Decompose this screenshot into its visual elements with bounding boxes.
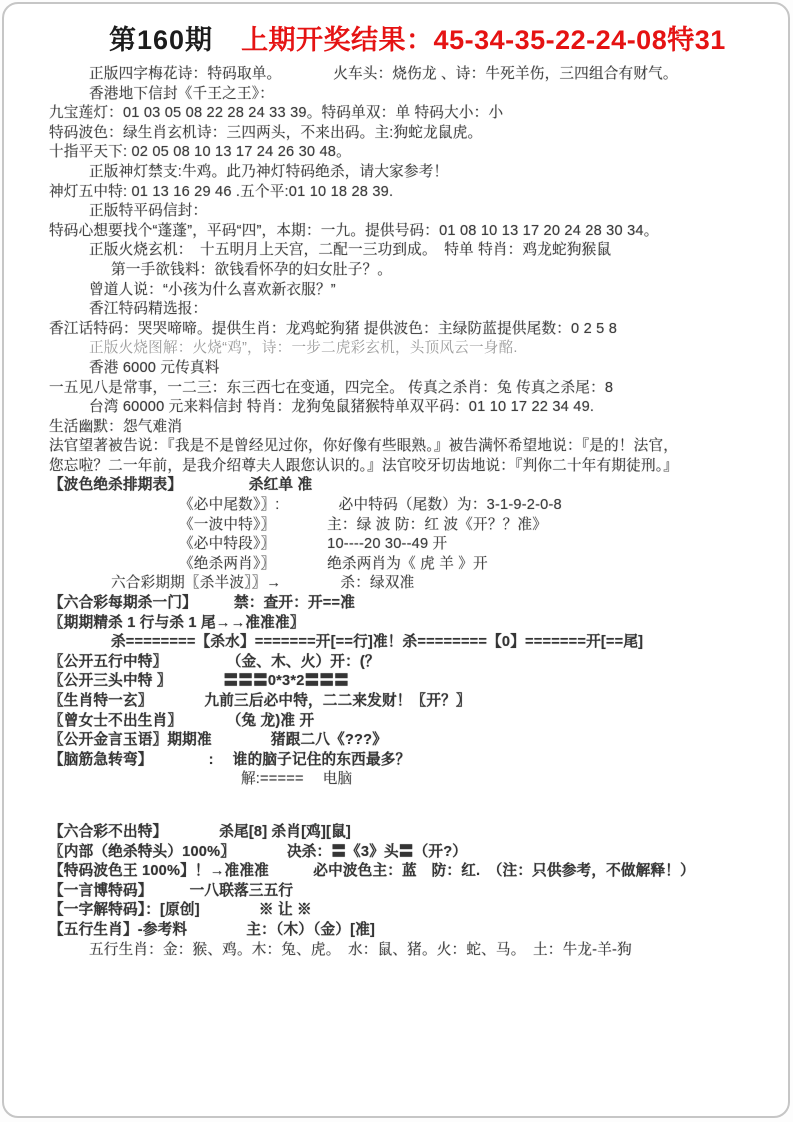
text-line: 【脑筋急转弯】 : 谁的脑子记住的东西最多？ xyxy=(49,751,750,771)
text-line: 【特码波色王 100%】！→准准准 必中波色主：蓝 防：红. （注：只供参考，不… xyxy=(49,862,750,882)
text-line: 正版火烧图解：火烧“鸡”，诗：一步二虎彩玄机，头顶风云一身酩. xyxy=(49,339,750,359)
text-line: 台湾 60000 元来料信封 特肖：龙狗兔鼠猪猴特单双平码：01 10 17 2… xyxy=(49,398,750,418)
text-line: 《一波中特》〗 主：绿 波 防：红 波《开？？准》 xyxy=(49,516,750,536)
text-line: 正版四字梅花诗：特码取单。 火车头：烧伤龙 、诗：牛死羊伤，三四组合有财气。 xyxy=(49,65,750,85)
text-line: 《必中尾数》〗: 必中特码（尾数）为：3-1-9-2-0-8 xyxy=(49,496,750,516)
text-line: 【六合彩不出特】 杀尾[8] 杀肖[鸡][鼠] xyxy=(49,823,750,843)
text-line: 生活幽默：怨气难消 xyxy=(49,418,750,438)
text-line: 十指平天下: 02 05 08 10 13 17 24 26 30 48。 xyxy=(49,143,750,163)
text-line: 曾道人说：“小孩为什么喜欢新衣服？” xyxy=(49,281,750,301)
text-line: 〖期期精杀 1 行与杀 1 尾→→准准准〗 xyxy=(49,614,750,634)
text-line: 香江特码精选报： xyxy=(49,300,750,320)
text-line: 香港地下信封《千王之王》： xyxy=(49,85,750,105)
page-header: 第160期上期开奖结果：45-34-35-22-24-08特31 xyxy=(49,16,750,57)
text-line: 〖生肖特一玄〗 九前三后必中特，二二来发财！〖开？〗 xyxy=(49,692,750,712)
text-line: 正版神灯禁支:牛鸡。此乃神灯特码绝杀，请大家参考！ xyxy=(49,163,750,183)
text-line: 《必中特段》〗 10----20 30--49 开 xyxy=(49,535,750,555)
text-line: 解:===== 电脑 xyxy=(49,770,750,790)
text-line: 【一字解特码】：[原创] ※ 让 ※ xyxy=(49,901,750,921)
text-line: 杀========【杀水】=======开[==行]准！杀========【0】… xyxy=(49,633,750,653)
text-line: 〖内部（绝杀特头）100%〗 决杀：〓《3》头〓（开?） xyxy=(49,843,750,863)
last-draw-result: 上期开奖结果：45-34-35-22-24-08特31 xyxy=(241,25,726,55)
text-line: 《绝杀两肖》〗 绝杀两肖为《 虎 羊 》开 xyxy=(49,555,750,575)
text-line: 【波色绝杀排期表】 杀红单 准 xyxy=(49,476,750,496)
text-line: 神灯五中特: 01 13 16 29 46 .五个平:01 10 18 28 3… xyxy=(49,183,750,203)
fax-page: 第160期上期开奖结果：45-34-35-22-24-08特31 正版四字梅花诗… xyxy=(2,2,790,1118)
issue-number: 第160期 xyxy=(109,25,213,55)
text-line: 特码波色：绿生肖玄机诗：三四两头，不来出码。主:狗蛇龙鼠虎。 xyxy=(49,124,750,144)
text-line: 香港 6000 元传真料 xyxy=(49,359,750,379)
text-line: 九宝莲灯：01 03 05 08 22 28 24 33 39。特码单双：单 特… xyxy=(49,104,750,124)
text-line: 法官望著被告说：『我是不是曾经见过你，你好像有些眼熟。』被告满怀希望地说：『是的… xyxy=(49,437,750,457)
text-line: 〖公开金言玉语〗期期准 猪跟二八《???》 xyxy=(49,731,750,751)
text-line: 【六合彩每期杀一门】 禁：查开：开==准 xyxy=(49,594,750,614)
text-line: 【五行生肖】-参考料 主：（木）（金）[准] xyxy=(49,921,750,941)
text-line: 第一手欲钱料：欲钱看怀孕的妇女肚子？。 xyxy=(49,261,750,281)
text-line: 您忘啦？二一年前，是我介绍尊夫人跟您认识的。』法官咬牙切齿地说：『判你二十年有期… xyxy=(49,457,750,477)
tip-sheet-body: 正版四字梅花诗：特码取单。 火车头：烧伤龙 、诗：牛死羊伤，三四组合有财气。香港… xyxy=(49,65,750,960)
text-line: 香江话特码：哭哭啼啼。提供生肖：龙鸡蛇狗猪 提供波色：主绿防蓝提供尾数：0 2 … xyxy=(49,320,750,340)
page-content: 第160期上期开奖结果：45-34-35-22-24-08特31 正版四字梅花诗… xyxy=(4,4,788,960)
spacer xyxy=(49,790,750,823)
text-line: 六合彩期期〖杀半波〗〗→ 杀：绿双准 xyxy=(49,574,750,594)
text-line: 〖曾女士不出生肖〗 （兔 龙)准 开 xyxy=(49,712,750,732)
text-line: 特码心想要找个“蓬蓬”，平码“四”，本期：一九。提供号码：01 08 10 13… xyxy=(49,222,750,242)
text-line: 〖公开三头中特 〗 〓〓〓0*3*2〓〓〓 xyxy=(49,672,750,692)
text-line: 五行生肖：金：猴、鸡。木：兔、虎。 水：鼠、猪。火：蛇、马。 土：牛龙-羊-狗 xyxy=(49,941,750,961)
text-line: 〖公开五行中特〗 （金、木、火）开：(？ xyxy=(49,653,750,673)
text-line: 一五见八是常事，一二三：东三西七在变通，四完全。 传真之杀肖：兔 传真之杀尾：8 xyxy=(49,379,750,399)
text-line: 正版火烧玄机： 十五明月上天宫，二配一三功到成。 特单 特肖：鸡龙蛇狗猴鼠 xyxy=(49,241,750,261)
text-line: 【一言博特码】 一八联落三五行 xyxy=(49,882,750,902)
text-line: 正版特平码信封： xyxy=(49,202,750,222)
